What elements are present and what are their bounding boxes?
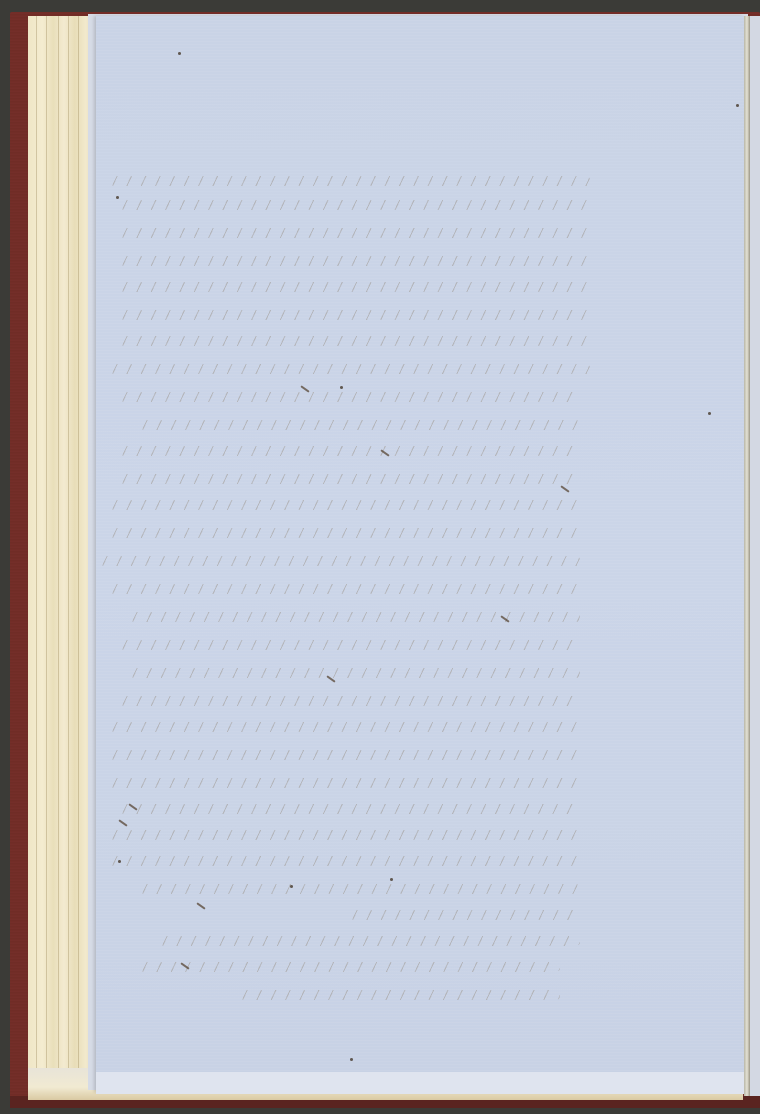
ink-dot bbox=[340, 386, 343, 389]
ink-dot bbox=[350, 1058, 353, 1061]
handwriting-line bbox=[140, 420, 580, 430]
page-leaf-edge bbox=[68, 16, 69, 1098]
handwriting-line bbox=[110, 778, 580, 788]
ink-dot bbox=[118, 860, 121, 863]
handwriting-line bbox=[240, 990, 560, 1000]
handwriting-line bbox=[120, 256, 590, 266]
handwriting-line bbox=[120, 640, 580, 650]
handwriting-line bbox=[160, 936, 580, 946]
handwriting-line bbox=[110, 528, 580, 538]
ink-dot bbox=[290, 885, 293, 888]
page-leaf-edge bbox=[78, 16, 79, 1098]
faded-handwriting-area bbox=[96, 16, 744, 1092]
handwriting-line bbox=[110, 830, 580, 840]
ink-dot bbox=[708, 412, 711, 415]
handwriting-line bbox=[120, 336, 590, 346]
handwriting-line bbox=[140, 962, 560, 972]
page-leaf-edge bbox=[46, 16, 47, 1098]
page-leaf-edge bbox=[36, 16, 37, 1098]
handwriting-line bbox=[120, 446, 580, 456]
handwriting-line bbox=[350, 910, 580, 920]
handwriting-line bbox=[120, 282, 590, 292]
handwriting-line bbox=[120, 310, 590, 320]
ink-dot bbox=[736, 104, 739, 107]
handwriting-line bbox=[100, 556, 580, 566]
handwriting-line bbox=[130, 612, 580, 622]
handwriting-line bbox=[110, 364, 590, 374]
handwriting-line bbox=[110, 722, 580, 732]
handwriting-line bbox=[120, 392, 580, 402]
handwriting-line bbox=[110, 176, 590, 186]
handwriting-line bbox=[110, 750, 580, 760]
handwriting-line bbox=[120, 804, 580, 814]
ink-dot bbox=[178, 52, 181, 55]
handwriting-line bbox=[130, 668, 580, 678]
handwriting-line bbox=[120, 200, 590, 210]
handwriting-line bbox=[110, 856, 580, 866]
handwriting-line bbox=[120, 474, 580, 484]
handwriting-line bbox=[110, 584, 580, 594]
handwriting-line bbox=[140, 884, 580, 894]
ink-dot bbox=[116, 196, 119, 199]
handwriting-line bbox=[110, 500, 580, 510]
page-leaf-edge bbox=[58, 16, 59, 1098]
adjacent-page-sliver bbox=[750, 16, 760, 1096]
ink-dot bbox=[390, 878, 393, 881]
handwriting-line bbox=[120, 228, 590, 238]
handwriting-line bbox=[120, 696, 580, 706]
